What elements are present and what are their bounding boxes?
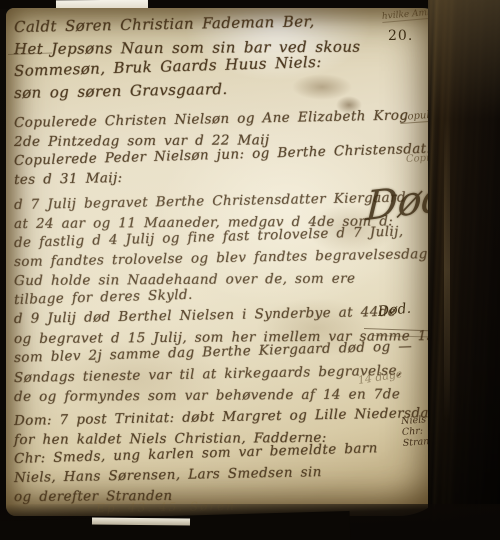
manuscript-block: d 9 Julij død Berthel Nielsen i Synderby… <box>14 310 444 408</box>
spine-highlight <box>444 120 450 420</box>
manuscript-line: Caldt Søren Christian Fademan Ber, <box>14 9 361 38</box>
manuscript-block: Dom: 7 post Trinitat: døbt Margret og Li… <box>14 412 435 507</box>
book-spine <box>428 0 500 540</box>
manuscript-page: hvilke Ambte 20. Caldt Søren Christian F… <box>6 8 444 516</box>
manuscript-block: Copulerede Christen Nielsøn og Ane Eliza… <box>14 114 432 190</box>
manuscript-block: Caldt Søren Christian Fademan Ber,Het Je… <box>14 16 360 104</box>
manuscript-photo: hvilke Ambte 20. Caldt Søren Christian F… <box>0 0 500 540</box>
photo-bottom-edge <box>0 504 500 540</box>
page-edge-sliver <box>92 517 190 525</box>
page-number: 20. <box>388 28 413 44</box>
manuscript-line: Dom: 7 post Trinitat: døbt Margret og Li… <box>14 404 435 431</box>
manuscript-line: Copulerede Christen Nielsøn og Ane Eliza… <box>14 106 432 133</box>
